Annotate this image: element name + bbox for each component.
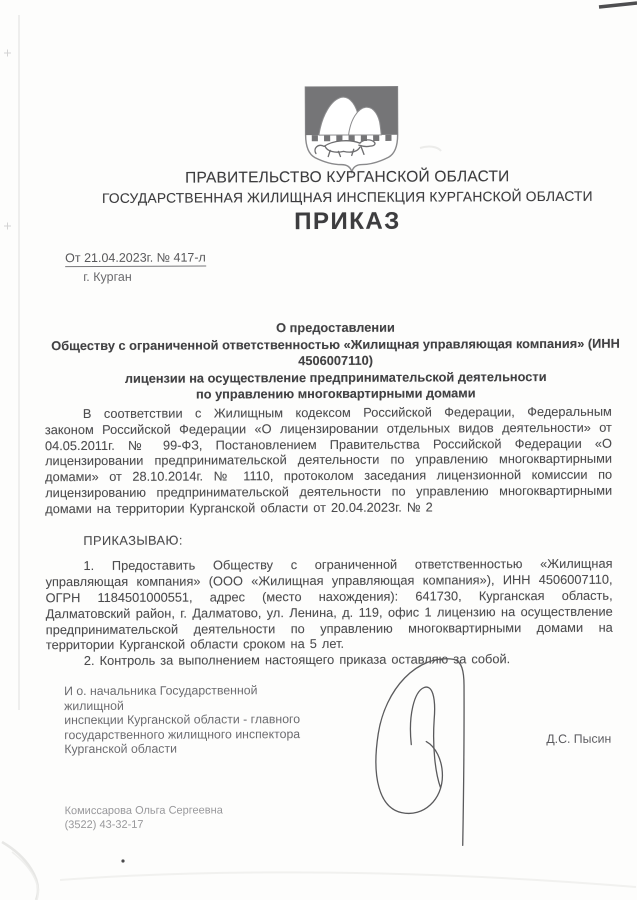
- signatory-title-line: государственного жилищного инспектора: [64, 727, 316, 743]
- subject-line: по управлению многоквартирными домами: [50, 385, 622, 404]
- org-name-line1: ПРАВИТЕЛЬСТВО КУРГАНСКОЙ ОБЛАСТИ: [59, 168, 636, 189]
- document-type-title: ПРИКАЗ: [59, 207, 636, 238]
- signatory-title-line: И о. начальника Государственной жилищной: [64, 683, 316, 713]
- signature-icon: [359, 649, 506, 852]
- subject-line: лицензии на осуществление предпринимател…: [50, 368, 622, 387]
- signatory-title: И о. начальника Государственной жилищной…: [64, 683, 316, 757]
- executor-phone: (3522) 43-32-17: [65, 817, 223, 832]
- executor-name: Комиссарова Ольга Сергеевна: [65, 803, 223, 818]
- order-item-1: 1. Предоставить Обществу с ограниченной …: [45, 556, 612, 653]
- scanned-order-page: ПРАВИТЕЛЬСТВО КУРГАНСКОЙ ОБЛАСТИ ГОСУДАР…: [0, 0, 637, 900]
- signatory-name: Д.С. Пысин: [546, 732, 611, 746]
- kurgan-coat-of-arms-icon: [301, 84, 401, 176]
- org-name-line2: ГОСУДАРСТВЕННАЯ ЖИЛИЩНАЯ ИНСПЕКЦИЯ КУРГА…: [59, 189, 636, 207]
- subject-line: Обществу с ограниченной ответственностью…: [50, 335, 622, 370]
- order-item-2: 2. Контроль за выполнением настоящего пр…: [46, 651, 613, 669]
- body-paragraph-legal-basis: В соответствии с Жилищным кодексом Росси…: [45, 404, 612, 517]
- doc-date-number: От 21.04.2023г. № 417-л: [65, 250, 206, 267]
- order-word: ПРИКАЗЫВАЮ:: [45, 530, 612, 548]
- doc-city: г. Курган: [65, 269, 206, 284]
- signatory-title-line: инспекции Курганской области - главного: [64, 712, 316, 728]
- doc-body: В соответствии с Жилищным кодексом Росси…: [45, 404, 613, 669]
- doc-subject: О предоставлении Обществу с ограниченной…: [49, 319, 621, 404]
- executor-contact: Комиссарова Ольга Сергеевна (3522) 43-32…: [65, 803, 223, 832]
- signatory-title-line: Курганской области: [64, 741, 316, 757]
- doc-meta: От 21.04.2023г. № 417-л г. Курган: [65, 250, 206, 284]
